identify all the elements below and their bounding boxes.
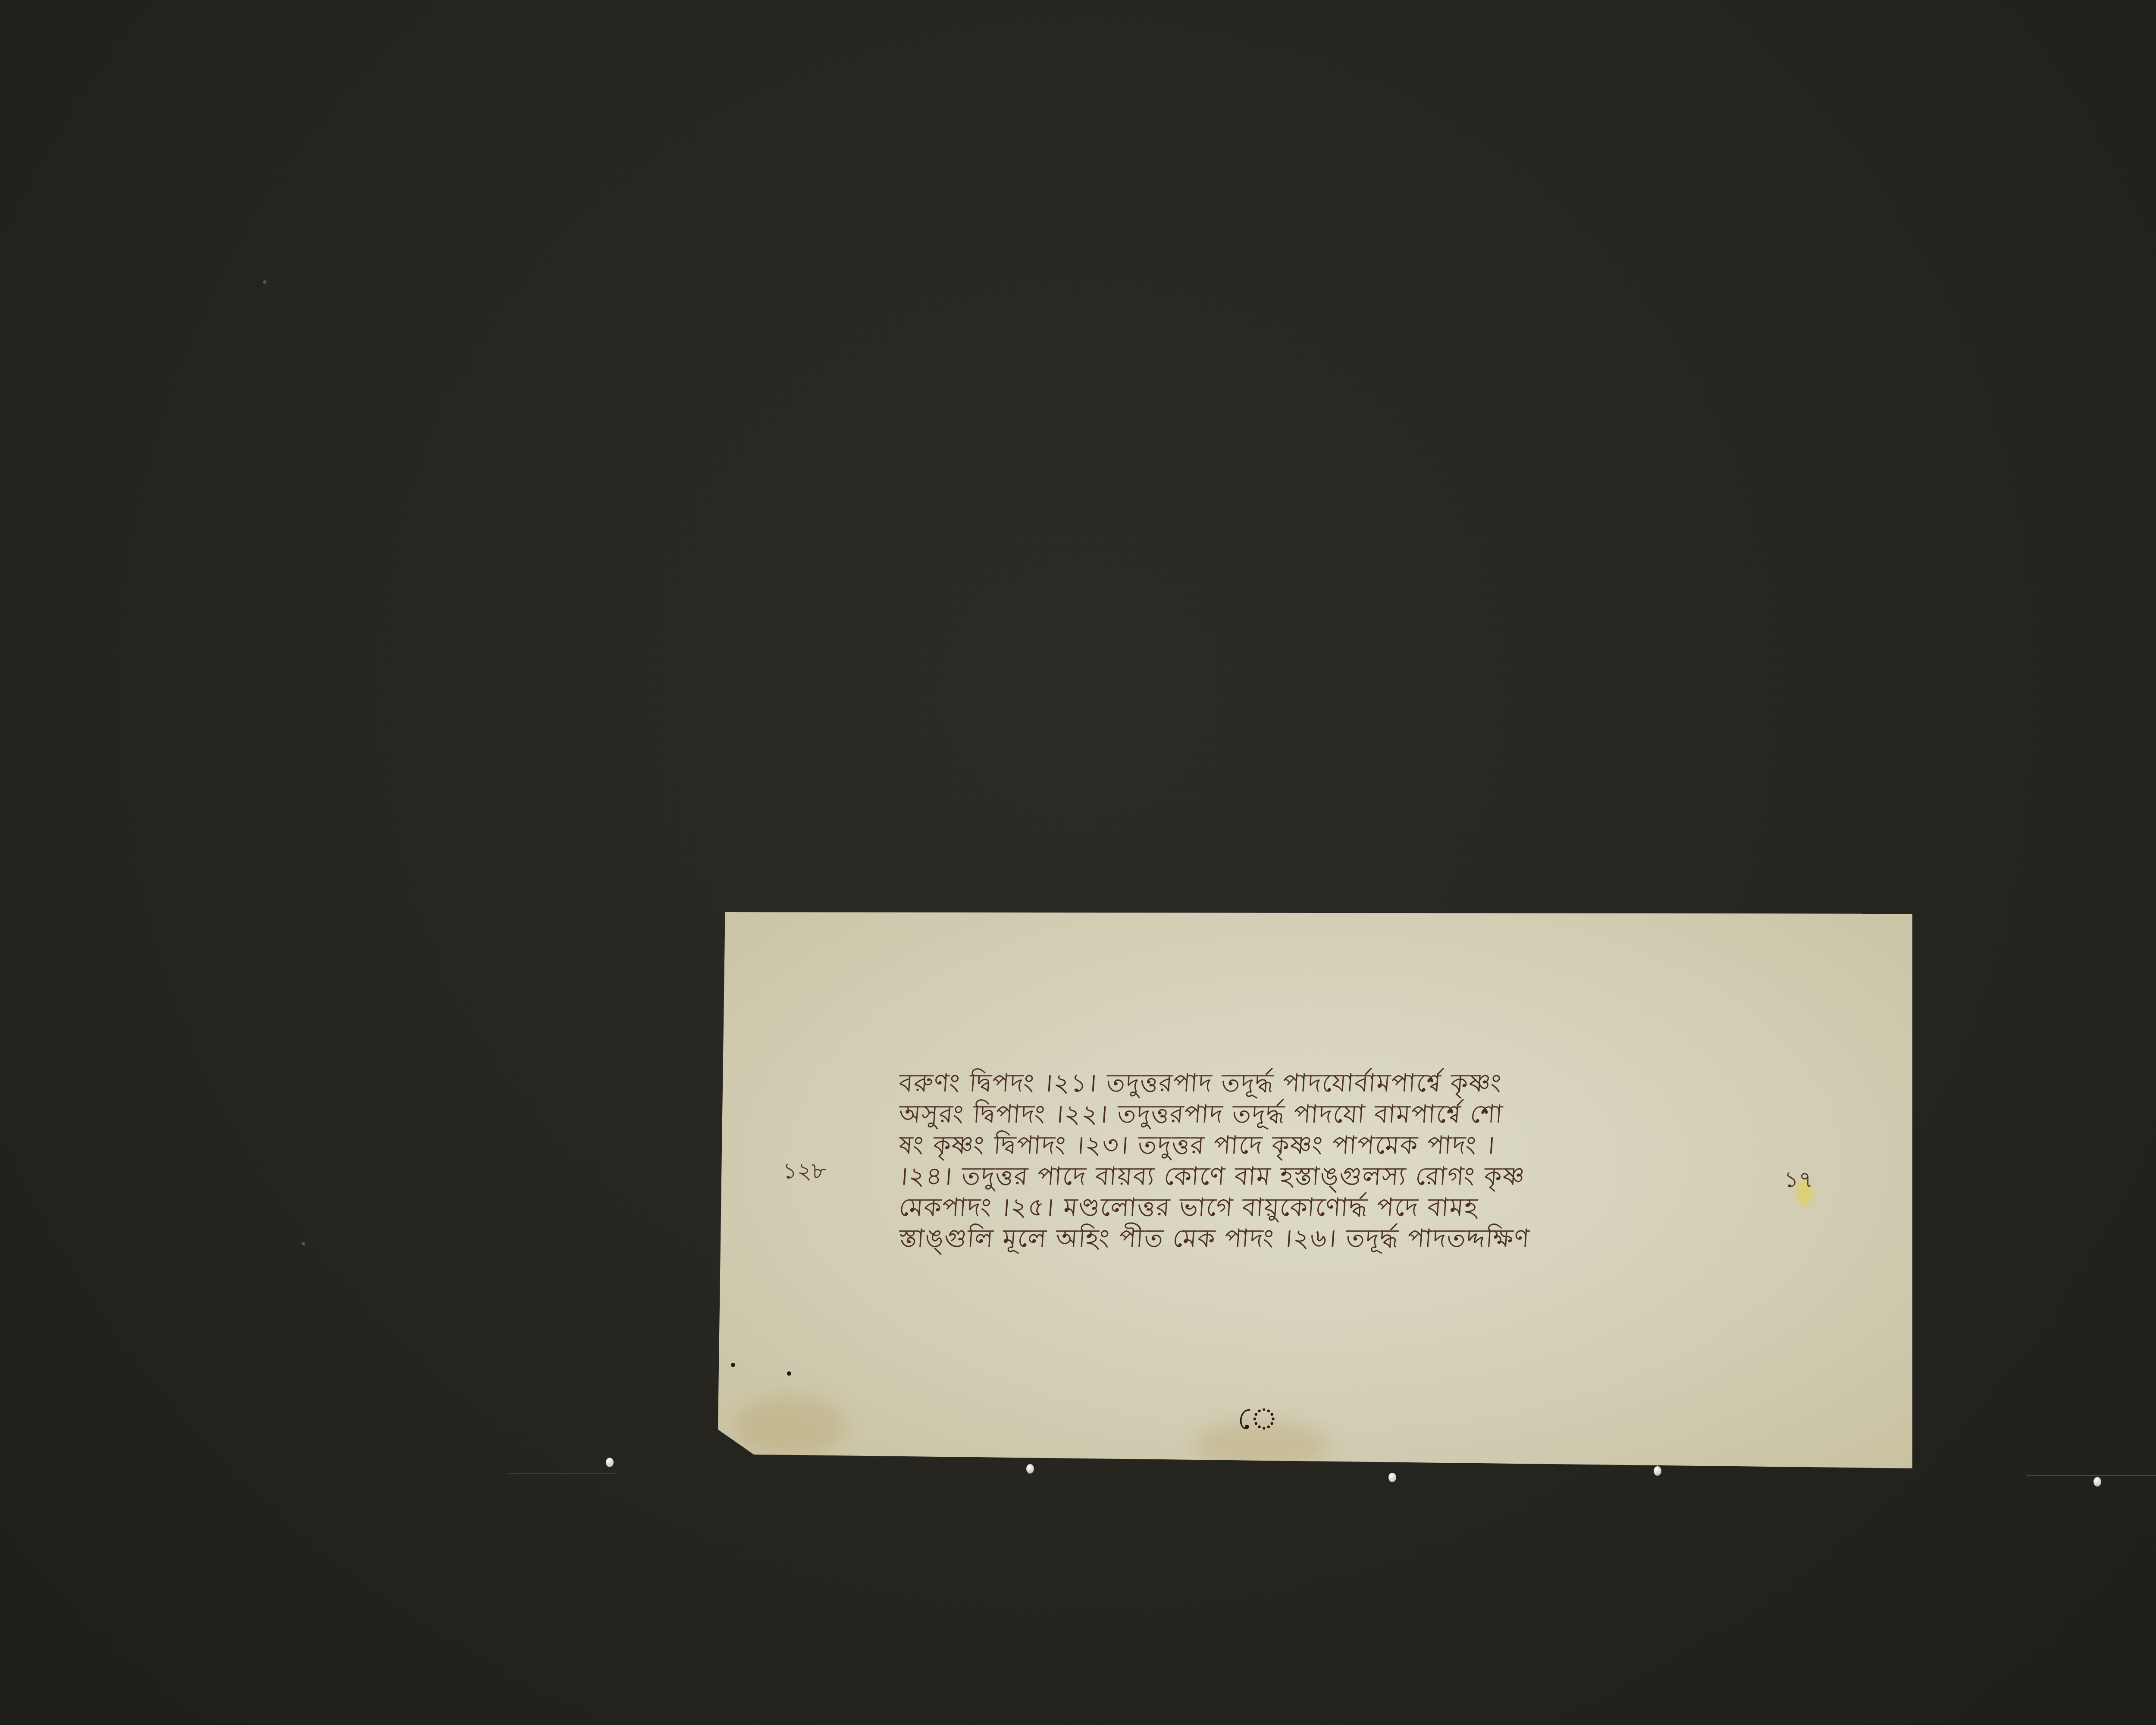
dust-speck (302, 1242, 305, 1245)
paper-stain (735, 1395, 847, 1455)
text-line: অসুরং দ্বিপাদং ।২২। তদুত্তরপাদ তদূর্দ্ধ … (898, 1098, 1754, 1129)
dust-speck (263, 280, 266, 284)
text-line: বরুণং দ্বিপদং ।২১। তদুত্তরপাদ তদূর্দ্ধ প… (898, 1067, 1754, 1098)
mounting-pin (2093, 1477, 2101, 1487)
mounting-pin (1654, 1466, 1661, 1476)
manuscript-text: বরুণং দ্বিপদং ।২১। তদুত্তরপাদ তদূর্দ্ধ প… (899, 1067, 1753, 1254)
folio-number-right: ১৭ (1784, 1162, 1813, 1200)
display-board: ১২৮ ১৭ বরুণং দ্বিপদং ।২১। তদুত্তরপাদ তদূ… (0, 0, 2156, 1725)
bottom-mark: ে (1238, 1395, 1278, 1446)
mount-thread (2027, 1475, 2156, 1476)
mount-thread (509, 1473, 617, 1474)
manuscript-leaf: ১২৮ ১৭ বরুণং দ্বিপদং ।২১। তদুত্তরপাদ তদূ… (718, 912, 1912, 1468)
text-line: স্তাঙ্গুলি মূলে অহিং পীত মেক পাদং ।২৬। ত… (898, 1223, 1754, 1254)
ink-dot (787, 1371, 791, 1376)
mounting-pin (606, 1458, 614, 1467)
ink-dot (731, 1363, 735, 1367)
mounting-pin (1388, 1473, 1396, 1482)
text-line: ষং কৃষ্ণং দ্বিপাদং ।২৩। তদুত্তর পাদে কৃষ… (898, 1129, 1754, 1160)
text-line: ।২৪। তদুত্তর পাদে বায়ব্য কোণে বাম হস্তা… (898, 1160, 1754, 1192)
folio-number-left: ১২৮ (783, 1154, 826, 1191)
text-line: মেকপাদং ।২৫। মণ্ডলোত্তর ভাগে বায়ুকোণোর্… (898, 1192, 1754, 1223)
mounting-pin (1026, 1464, 1034, 1474)
